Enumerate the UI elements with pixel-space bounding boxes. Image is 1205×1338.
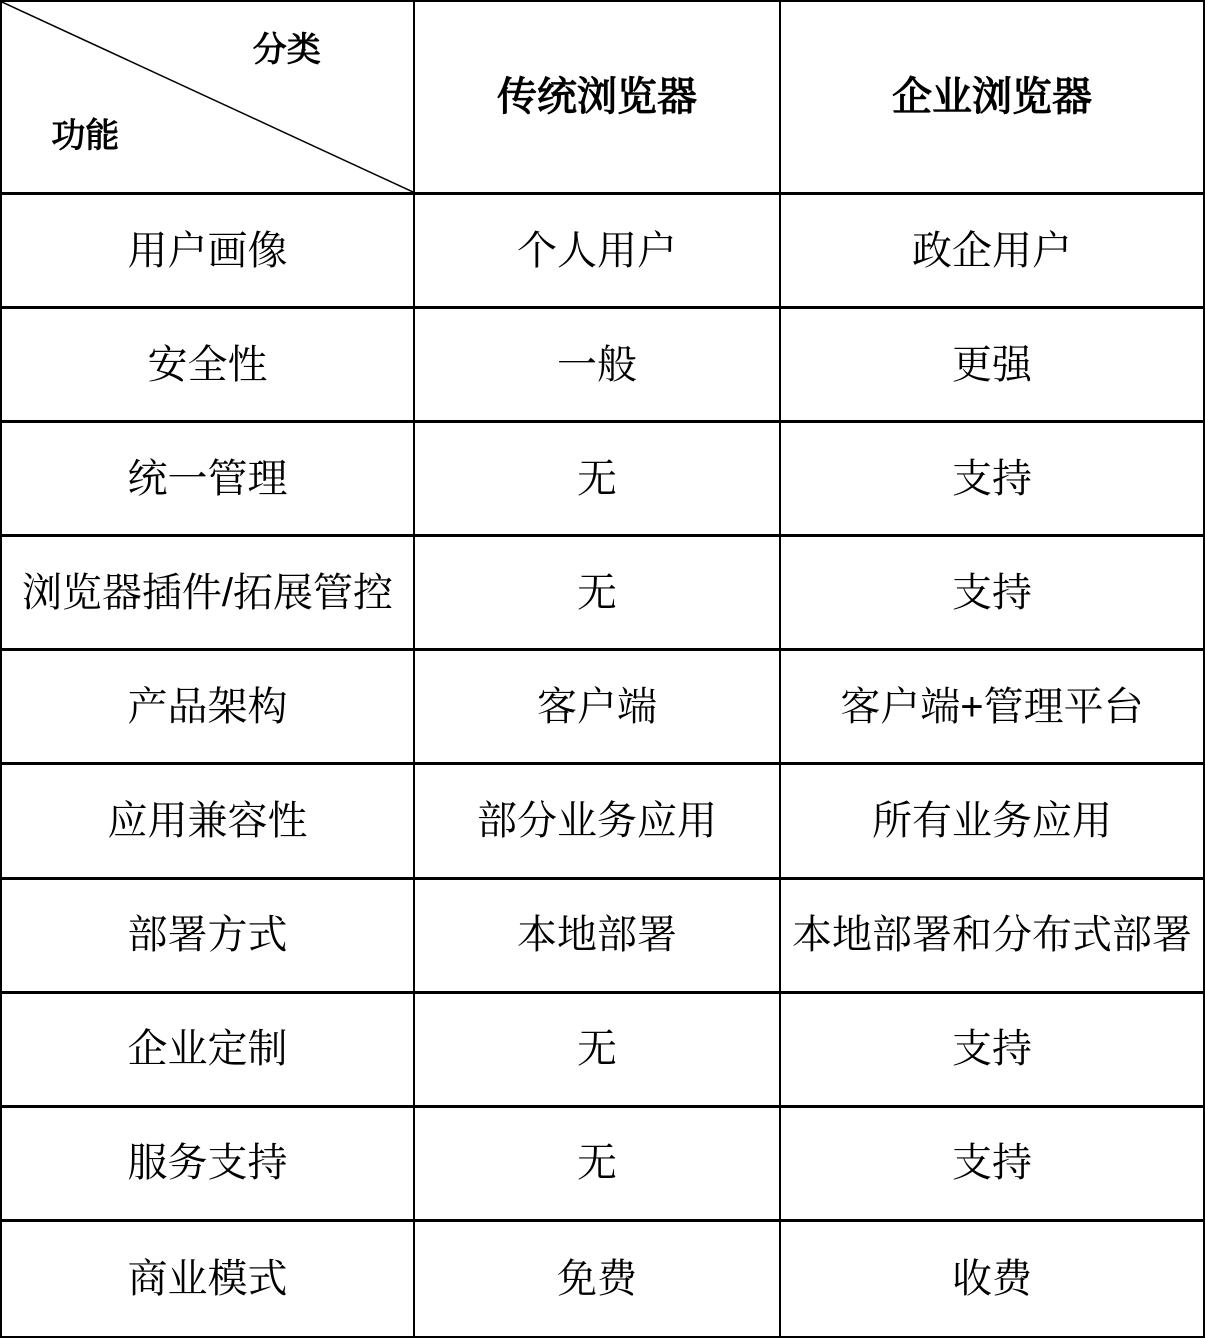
row-label: 部署方式 — [2, 880, 415, 994]
cell-value: 客户端+管理平台 — [781, 651, 1203, 765]
diagonal-divider — [2, 2, 413, 192]
cell-value: 本地部署 — [415, 880, 781, 994]
cell-value: 客户端 — [415, 651, 781, 765]
cell-value: 无 — [415, 1108, 781, 1222]
cell-value: 免费 — [415, 1222, 781, 1336]
cell-value: 所有业务应用 — [781, 765, 1203, 879]
row-label: 统一管理 — [2, 423, 415, 537]
row-label: 用户画像 — [2, 195, 415, 309]
cell-value: 支持 — [781, 537, 1203, 651]
row-label: 产品架构 — [2, 651, 415, 765]
corner-category-label: 分类 — [253, 32, 321, 69]
cell-value: 一般 — [415, 309, 781, 423]
corner-feature-label: 功能 — [51, 118, 119, 155]
cell-value: 收费 — [781, 1222, 1203, 1336]
cell-value: 无 — [415, 994, 781, 1108]
row-label: 应用兼容性 — [2, 765, 415, 879]
row-label: 浏览器插件/拓展管控 — [2, 537, 415, 651]
cell-value: 部分业务应用 — [415, 765, 781, 879]
cell-value: 无 — [415, 537, 781, 651]
cell-value: 支持 — [781, 423, 1203, 537]
cell-value: 个人用户 — [415, 195, 781, 309]
cell-value: 政企用户 — [781, 195, 1203, 309]
row-label: 服务支持 — [2, 1108, 415, 1222]
col-header-traditional-browser: 传统浏览器 — [415, 2, 781, 195]
corner-header-cell: 分类 功能 — [2, 2, 415, 195]
comparison-table: 分类 功能 传统浏览器 企业浏览器 用户画像 个人用户 政企用户 安全性 一般 … — [0, 0, 1205, 1338]
cell-value: 本地部署和分布式部署 — [781, 880, 1203, 994]
cell-value: 支持 — [781, 1108, 1203, 1222]
row-label: 企业定制 — [2, 994, 415, 1108]
cell-value: 无 — [415, 423, 781, 537]
row-label: 安全性 — [2, 309, 415, 423]
cell-value: 更强 — [781, 309, 1203, 423]
col-header-enterprise-browser: 企业浏览器 — [781, 2, 1203, 195]
row-label: 商业模式 — [2, 1222, 415, 1336]
cell-value: 支持 — [781, 994, 1203, 1108]
